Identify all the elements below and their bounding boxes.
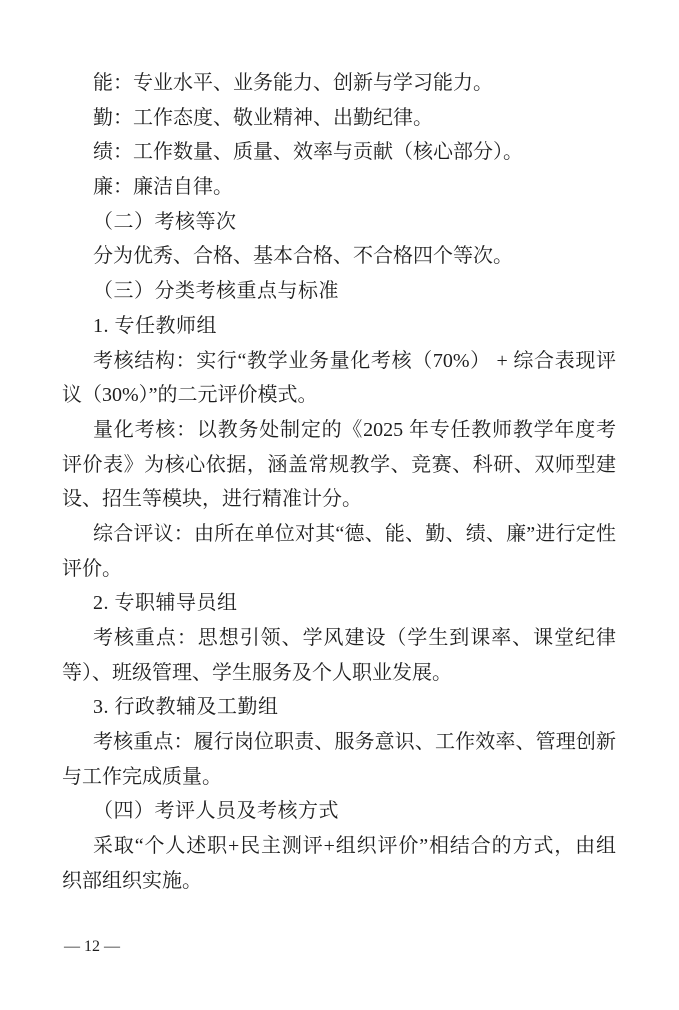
text-line: 考核结构：实行“教学业务量化考核（70%） + 综合表现评 bbox=[62, 344, 616, 379]
text-line-grades: 分为优秀、合格、基本合格、不合格四个等次。 bbox=[62, 239, 616, 274]
group-heading-1: 1. 专任教师组 bbox=[62, 309, 616, 344]
text-line: 织部组织实施。 bbox=[62, 864, 616, 899]
text-line-neng: 能：专业水平、业务能力、创新与学习能力。 bbox=[62, 66, 616, 101]
text-line: 量化考核：以教务处制定的《2025 年专任教师教学年度考核 bbox=[62, 413, 616, 448]
text-line: 评价。 bbox=[62, 552, 616, 587]
text-line: 综合评议：由所在单位对其“德、能、勤、绩、廉”进行定性 bbox=[62, 517, 616, 552]
text-line: 考核重点：思想引领、学风建设（学生到课率、课堂纪律 bbox=[62, 621, 616, 656]
group-heading-3: 3. 行政教辅及工勤组 bbox=[62, 690, 616, 725]
text-line: 与工作完成质量。 bbox=[62, 760, 616, 795]
text-line: 等）、班级管理、学生服务及个人职业发展。 bbox=[62, 656, 616, 691]
page-number: — 12 — bbox=[64, 936, 120, 958]
text-line: 评价表》为核心依据，涵盖常规教学、竞赛、科研、双师型建 bbox=[62, 448, 616, 483]
text-line-ji: 绩：工作数量、质量、效率与贡献（核心部分）。 bbox=[62, 135, 616, 170]
section-heading-4: （四）考评人员及考核方式 bbox=[62, 794, 616, 829]
section-heading-2: （二）考核等次 bbox=[62, 205, 616, 240]
group-heading-2: 2. 专职辅导员组 bbox=[62, 586, 616, 621]
text-line: 采取“个人述职+民主测评+组织评价”相结合的方式，由组 bbox=[62, 829, 616, 864]
text-line: 议（30%）”的二元评价模式。 bbox=[62, 378, 616, 413]
text-line: 设、招生等模块，进行精准计分。 bbox=[62, 482, 616, 517]
section-heading-3: （三）分类考核重点与标准 bbox=[62, 274, 616, 309]
document-page: 能：专业水平、业务能力、创新与学习能力。 勤：工作态度、敬业精神、出勤纪律。 绩… bbox=[62, 66, 616, 899]
text-line-lian: 廉：廉洁自律。 bbox=[62, 170, 616, 205]
text-line-qin: 勤：工作态度、敬业精神、出勤纪律。 bbox=[62, 101, 616, 136]
text-line: 考核重点：履行岗位职责、服务意识、工作效率、管理创新 bbox=[62, 725, 616, 760]
